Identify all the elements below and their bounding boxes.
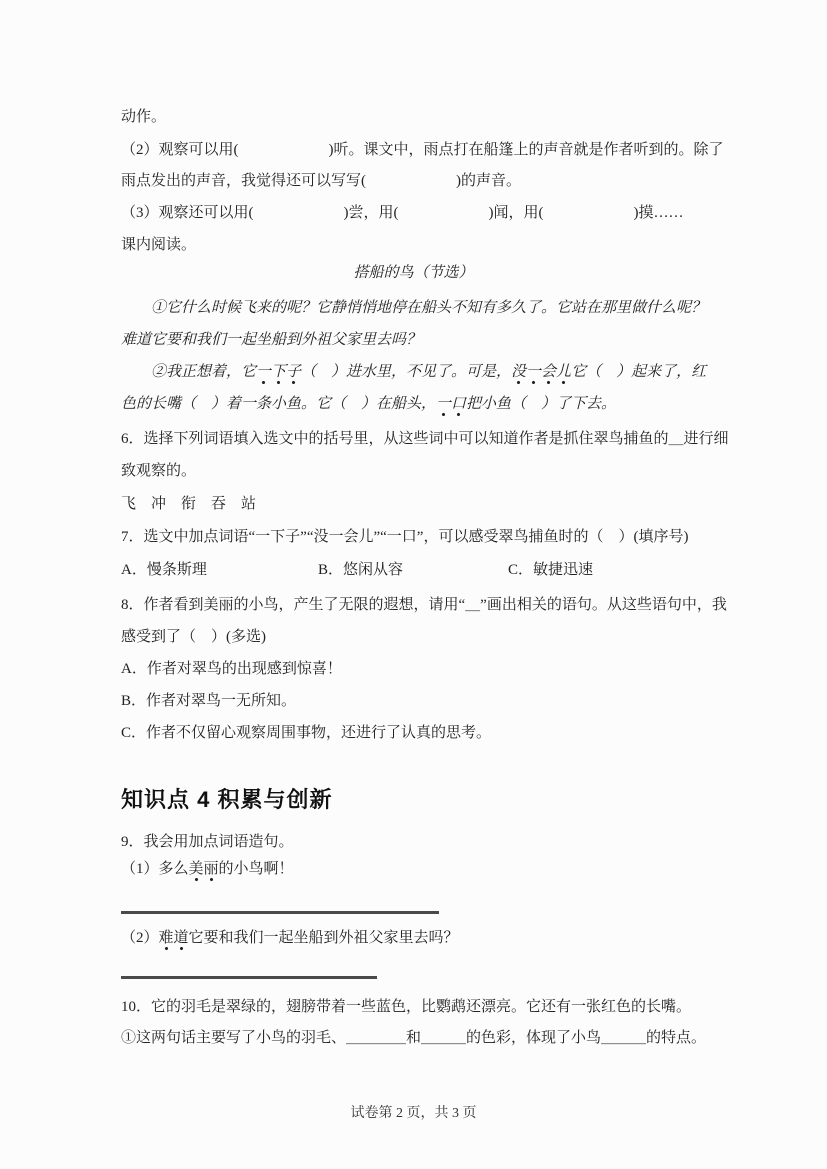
text-segment: ②我正想着，它: [151, 364, 256, 380]
passage-para2-line-2: 色的长嘴（ ）着一条小鱼。它（ ）在船头，一口把小鱼（ ）了下去。: [121, 395, 616, 414]
passage-title: 搭船的鸟（节选）: [0, 264, 827, 283]
text-segment: 色的长嘴（ ）着一条小鱼。它（ ）在船头，: [121, 396, 436, 412]
question-9-sub-2: （2）难道它要和我们一起坐船到外祖父家里去吗？: [121, 929, 459, 948]
section-heading: 知识点 4 积累与创新: [121, 786, 332, 814]
text-segment: 的小鸟啊！: [219, 861, 294, 877]
text-segment: （ ）进水里，不见了。可是，: [301, 364, 511, 380]
question-10-line-2: ①这两句话主要写了小鸟的羽毛、＿＿＿＿和＿＿＿的色彩，体现了小鸟＿＿＿的特点。: [121, 1029, 706, 1048]
carryover-text: 动作。: [121, 108, 166, 127]
question-8-option-c: C．作者不仅留心观察周围事物，还进行了认真的思考。: [121, 724, 491, 743]
worksheet-page: 动作。 （2）观察可以用( )听。课文中，雨点打在船篷上的声音就是作者听到的。除…: [0, 0, 827, 1169]
emphasized-word: 难道: [159, 930, 189, 951]
question-9-sub-1: （1）多么美丽的小鸟啊！: [121, 860, 294, 879]
answer-rule-2: [121, 976, 377, 979]
passage-para2-line-1: ②我正想着，它一下子（ ）进水里，不见了。可是，没一会儿它（ ）起来了，红: [151, 363, 706, 382]
passage-para1-line-1: ①它什么时候飞来的呢？它静悄悄地停在船头不知有多久了。它站在那里做什么呢？: [151, 299, 706, 318]
question-9-text: 9．我会用加点词语造句。: [121, 833, 294, 852]
question-6-line-2: 致观察的。: [121, 462, 196, 481]
answer-rule-1: [121, 911, 439, 914]
question-8-line-1: 8．作者看到美丽的小鸟，产生了无限的遐想，请用“＿”画出相关的语句。从这些语句中…: [121, 596, 727, 615]
question-7-text: 7．选文中加点词语“一下子”“没一会儿”“一口”，可以感受翠鸟捕鱼时的（ ）(填…: [121, 528, 688, 547]
emphasized-word: 一口: [436, 396, 466, 417]
passage-para1-line-2: 难道它要和我们一起坐船到外祖父家里去吗？: [121, 331, 421, 350]
question-8-option-a: A．作者对翠鸟的出现感到惊喜！: [121, 660, 342, 679]
emphasized-word: 没一会儿: [511, 364, 571, 385]
text-segment: （2）: [121, 930, 159, 946]
question-6-line-1: 6．选择下列词语填入选文中的括号里，从这些词中可以知道作者是抓住翠鸟捕鱼的＿进行…: [121, 430, 729, 449]
text-segment: 它要和我们一起坐船到外祖父家里去吗？: [189, 930, 459, 946]
observe-item-3-line: （3）观察还可以用( )尝，用( )闻，用( )摸……: [121, 204, 683, 223]
question-8-option-b: B．作者对翠鸟一无所知。: [121, 692, 296, 711]
question-7-option-c: C．敏捷迅速: [508, 561, 593, 580]
page-footer: 试卷第 2 页，共 3 页: [0, 1105, 827, 1123]
question-8-line-2: 感受到了（ ）(多选): [121, 628, 266, 647]
question-7-option-a: A．慢条斯理: [121, 561, 207, 580]
text-segment: 把小鱼（ ）了下去。: [466, 396, 616, 412]
emphasized-word: 一下子: [256, 364, 301, 385]
question-6-word-bank: 飞 冲 衔 吞 站: [121, 495, 256, 514]
emphasized-word: 美丽: [189, 861, 219, 882]
observe-item-2-line-2: 雨点发出的声音，我觉得还可以写写( )的声音。: [121, 172, 521, 191]
text-segment: 它（ ）起来了，红: [571, 364, 706, 380]
observe-item-2-line-1: （2）观察可以用( )听。课文中，雨点打在船篷上的声音就是作者听到的。除了: [121, 141, 724, 160]
reading-section-label: 课内阅读。: [121, 236, 196, 255]
question-10-line-1: 10．它的羽毛是翠绿的，翅膀带着一些蓝色，比鹦鹉还漂亮。它还有一张红色的长嘴。: [121, 998, 691, 1017]
text-segment: （1）多么: [121, 861, 189, 877]
question-7-option-b: B．悠闲从容: [318, 561, 403, 580]
